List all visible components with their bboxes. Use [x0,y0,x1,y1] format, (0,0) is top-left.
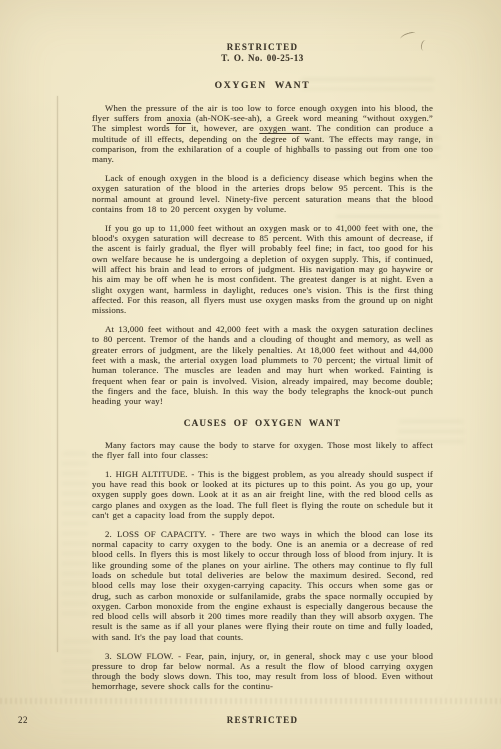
list-item-high-altitude: 1. HIGH ALTITUDE. - This is the biggest … [92,469,433,520]
section-title-causes: CAUSES OF OXYGEN WANT [92,418,433,428]
ink-showthrough [62,640,92,698]
paragraph-four-classes: Many factors may cause the body to starv… [92,440,433,461]
page-number: 22 [18,715,28,725]
paragraph-11000-feet: If you go up to 11,000 feet without an o… [92,223,433,316]
list-item-slow-flow: 3. SLOW FLOW. - Fear, pain, injury, or, … [92,651,433,692]
pencil-mark [399,31,416,42]
scan-fold-line [57,96,58,652]
scanned-document-page: RESTRICTED T. O. No. 00-25-13 OXYGEN WAN… [0,0,501,749]
underlined-term-oxygen-want: oxygen want [259,123,309,133]
classification-footer: RESTRICTED [92,715,433,725]
page-title: OXYGEN WANT [92,81,433,91]
paragraph-13000-feet: At 13,000 feet without and 42,000 feet w… [92,324,433,406]
list-item-loss-of-capacity: 2. LOSS OF CAPACITY. - There are two way… [92,529,433,642]
underlined-term-anoxia: anoxia [167,113,191,123]
paragraph-deficiency-disease: Lack of enough oxygen in the blood is a … [92,173,433,214]
ink-showthrough [62,452,88,622]
text-column: RESTRICTED T. O. No. 00-25-13 OXYGEN WAN… [92,42,433,700]
classification-header: RESTRICTED [92,42,433,52]
paragraph-anoxia-definition: When the pressure of the air is too low … [92,103,433,165]
technical-order-number: T. O. No. 00-25-13 [92,53,433,63]
